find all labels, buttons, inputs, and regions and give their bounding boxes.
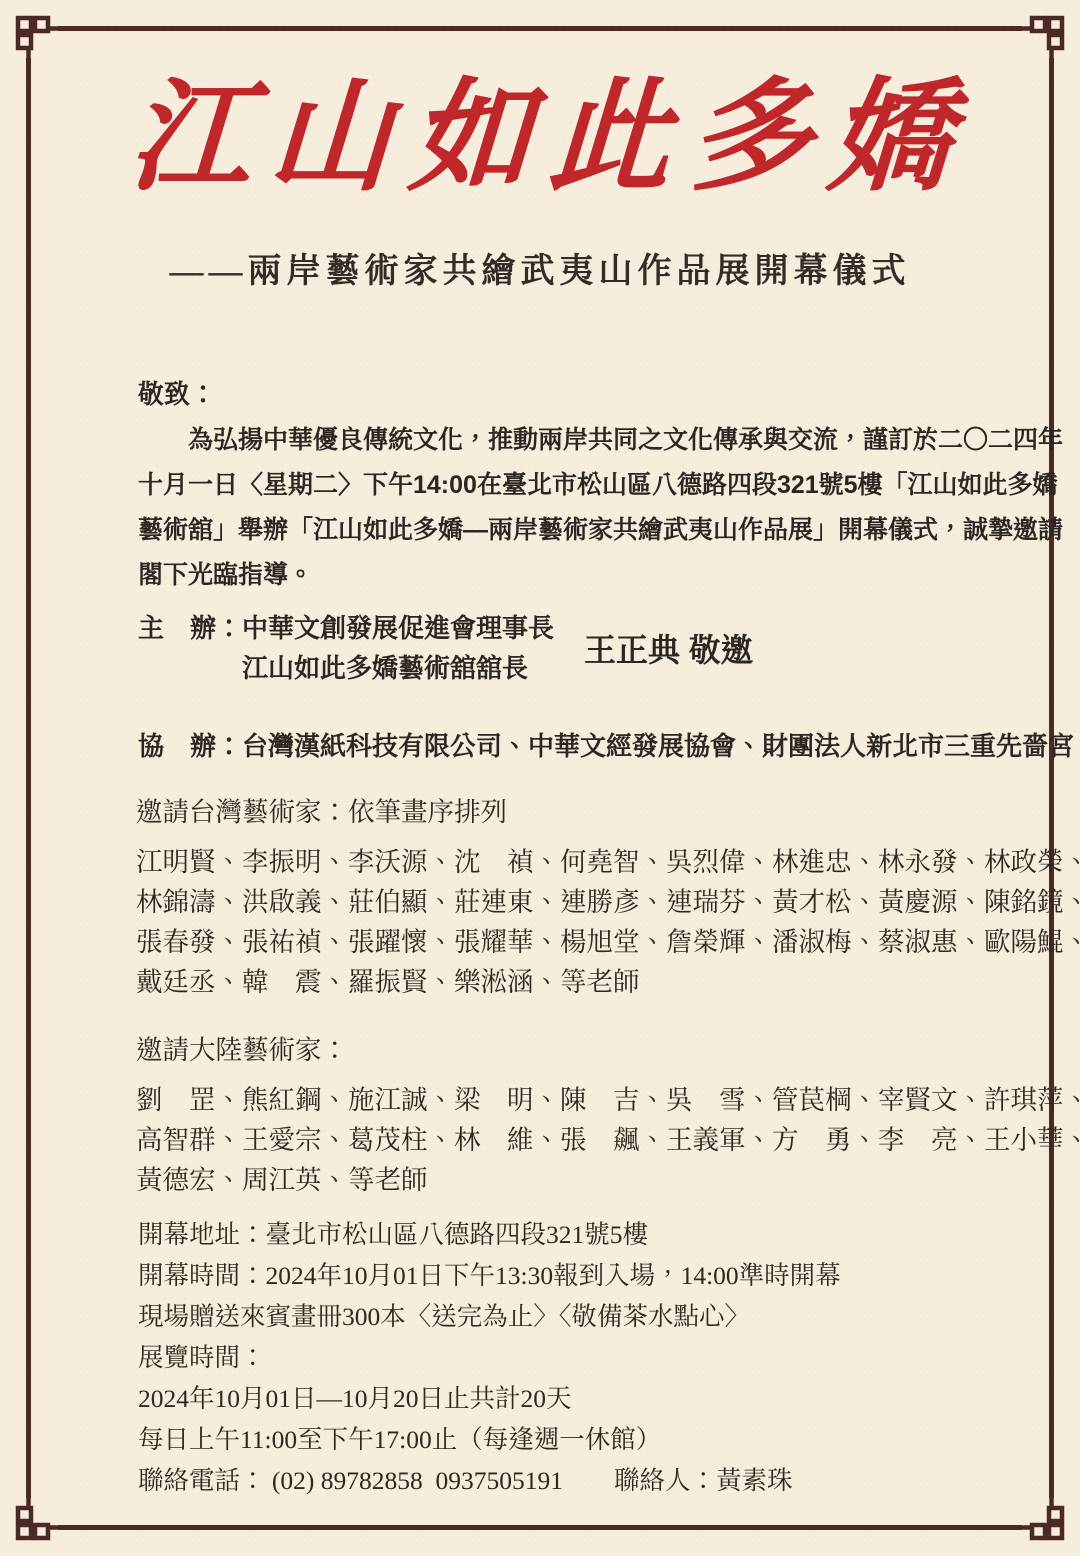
frame-border-bottom — [58, 1525, 1022, 1530]
event-info-block: 開幕地址：臺北市松山區八德路四段321號5樓 開幕時間：2024年10月01日下… — [138, 1214, 954, 1501]
event-info-address: 開幕地址：臺北市松山區八德路四段321號5樓 — [138, 1214, 954, 1255]
intro-line: 藝術舘」舉辦「江山如此多嬌—兩岸藝術家共繪武夷山作品展」開幕儀式，誠摯邀請 — [138, 508, 950, 553]
event-info-exhibition-label: 展覽時間： — [138, 1337, 954, 1378]
artist-line: 江明賢、李振明、李沃源、沈 禎、何堯智、吳烈偉、林進忠、林永發、林政榮、 — [136, 842, 952, 882]
greeting: 敬致： — [138, 374, 216, 411]
intro-line: 十月一日〈星期二〉下午14:00在臺北市松山區八德路四段321號5樓「江山如此多… — [138, 463, 950, 508]
artist-line: 林錦濤、洪啟義、莊伯顯、莊連東、連勝彥、連瑞芬、黃才松、黃慶源、陳銘鏡、 — [136, 882, 952, 922]
taiwan-artists-list: 江明賢、李振明、李沃源、沈 禎、何堯智、吳烈偉、林進忠、林永發、林政榮、 林錦濤… — [136, 842, 952, 1002]
artist-line: 戴廷丞、韓 震、羅振賢、樂淞涵、等老師 — [136, 962, 952, 1002]
event-info-gift: 現場贈送來賓畫冊300本〈送完為止〉〈敬備茶水點心〉 — [138, 1296, 954, 1337]
event-info-hours: 每日上午11:00至下午17:00止（每逢週一休館） — [138, 1419, 954, 1460]
intro-line: 閣下光臨指導。 — [138, 553, 950, 598]
co-organizer-block: 協 辦：台灣漢紙科技有限公司、中華文經發展協會、財團法人新北市三重先嗇宮 — [138, 726, 1074, 763]
invitation-page: 江山如此多嬌 ——兩岸藝術家共繪武夷山作品展開幕儀式 敬致： 為弘揚中華優良傳統… — [0, 0, 1080, 1556]
organizer-block: 主 辦： 中華文創發展促進會理事長 江山如此多嬌藝術舘舘長 王正典 敬邀 — [138, 608, 753, 688]
page-title: 江山如此多嬌 — [0, 74, 1080, 204]
corner-knot-icon — [12, 12, 60, 60]
taiwan-artists-section: 邀請台灣藝術家：依筆畫序排列 江明賢、李振明、李沃源、沈 禎、何堯智、吳烈偉、林… — [136, 794, 952, 1002]
page-subtitle: ——兩岸藝術家共繪武夷山作品展開幕儀式 — [0, 250, 1080, 294]
event-info-duration: 2024年10月01日—10月20日止共計20天 — [138, 1378, 954, 1419]
artist-line: 劉 罡、熊紅鋼、施江誠、梁 明、陳 吉、吳 雪、管苠棡、宰賢文、許琪萍、 — [136, 1080, 952, 1120]
frame-border-top — [58, 26, 1022, 31]
event-info-time: 開幕時間：2024年10月01日下午13:30報到入場，14:00準時開幕 — [138, 1255, 954, 1296]
co-organizer-label: 協 辦： — [138, 731, 242, 761]
artist-line: 高智群、王愛宗、葛茂柱、林 維、張 飆、王義軍、方 勇、李 亮、王小華、 — [136, 1120, 952, 1160]
mainland-artists-list: 劉 罡、熊紅鋼、施江誠、梁 明、陳 吉、吳 雪、管苠棡、宰賢文、許琪萍、 高智群… — [136, 1080, 952, 1200]
corner-knot-icon — [1020, 12, 1068, 60]
organizer-line: 江山如此多嬌藝術舘舘長 — [242, 648, 554, 688]
organizer-names: 中華文創發展促進會理事長 江山如此多嬌藝術舘舘長 — [242, 608, 554, 688]
organizer-label: 主 辦： — [138, 608, 242, 648]
artist-line: 黃德宏、周江英、等老師 — [136, 1160, 952, 1200]
corner-knot-icon — [12, 1496, 60, 1544]
intro-paragraph: 為弘揚中華優良傳統文化，推動兩岸共同之文化傳承與交流，謹訂於二〇二四年 十月一日… — [138, 418, 950, 598]
inviter-signature: 王正典 敬邀 — [584, 625, 753, 671]
co-organizer-names: 台灣漢紙科技有限公司、中華文經發展協會、財團法人新北市三重先嗇宮 — [242, 731, 1074, 761]
intro-line: 為弘揚中華優良傳統文化，推動兩岸共同之文化傳承與交流，謹訂於二〇二四年 — [138, 418, 950, 463]
mainland-artists-heading: 邀請大陸藝術家： — [136, 1032, 952, 1068]
corner-knot-icon — [1020, 1496, 1068, 1544]
mainland-artists-section: 邀請大陸藝術家： 劉 罡、熊紅鋼、施江誠、梁 明、陳 吉、吳 雪、管苠棡、宰賢文… — [136, 1032, 952, 1200]
artist-line: 張春發、張祐禎、張躍懷、張耀華、楊旭堂、詹榮輝、潘淑梅、蔡淑惠、歐陽鯤、 — [136, 922, 952, 962]
taiwan-artists-heading: 邀請台灣藝術家：依筆畫序排列 — [136, 794, 952, 830]
event-info-contact: 聯絡電話： (02) 89782858 0937505191 聯絡人：黃素珠 — [138, 1460, 954, 1501]
organizer-line: 中華文創發展促進會理事長 — [242, 608, 554, 648]
